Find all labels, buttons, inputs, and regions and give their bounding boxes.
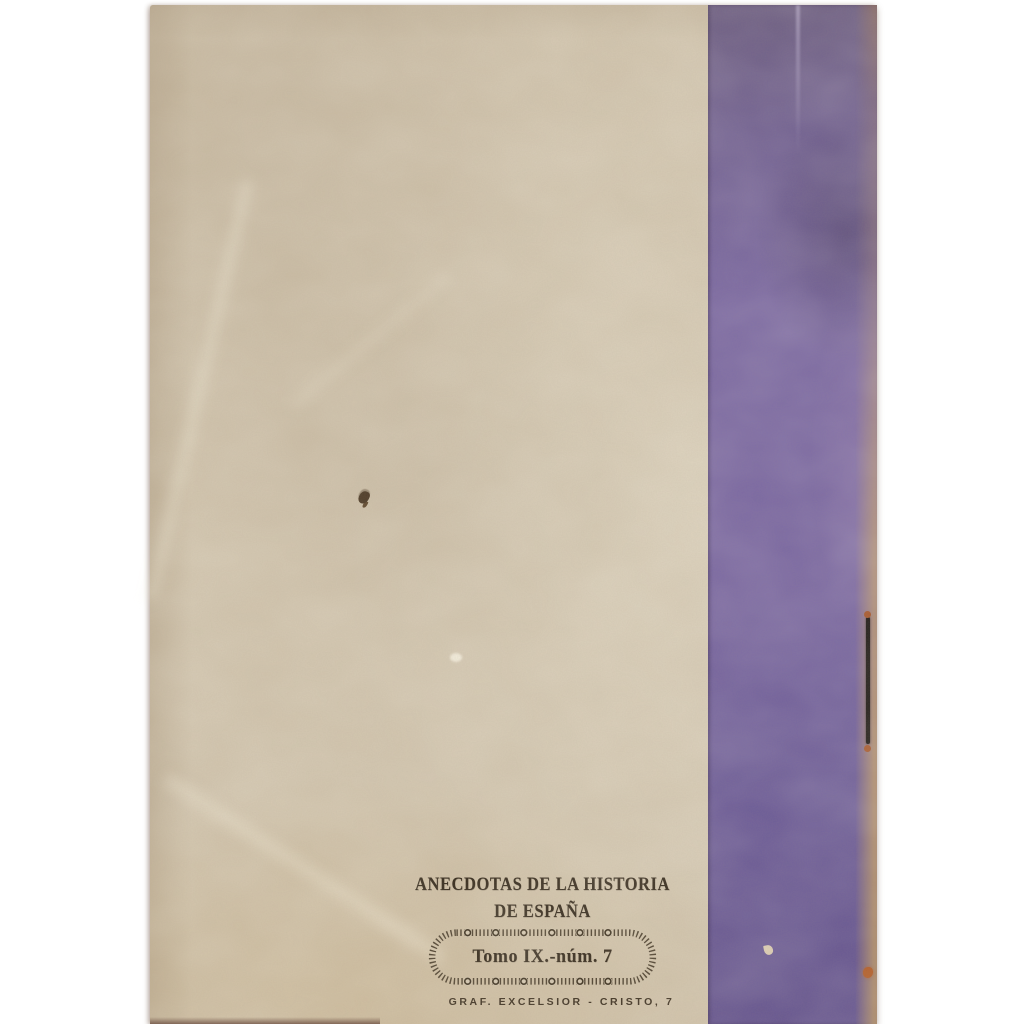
staple-rust-dot: [864, 745, 871, 752]
series-title: ANECDOTAS DE LA HISTORIA DE ESPAÑA: [401, 871, 684, 925]
series-title-line1: ANECDOTAS DE LA HISTORIA: [401, 871, 684, 898]
binding-staple: [866, 617, 870, 744]
volume-number-label: Tomo IX.-núm. 7: [431, 928, 654, 986]
bottom-edge-shadow: [150, 1017, 380, 1024]
staple-rust-dot: [864, 611, 871, 618]
worn-right-edge: [855, 5, 877, 1024]
paint-chip-speck: [763, 944, 774, 956]
printed-text-block: ANECDOTAS DE LA HISTORIA DE ESPAÑA: [380, 871, 705, 925]
paper-crease: [290, 272, 451, 410]
light-paper-spot: [450, 653, 462, 662]
photo-of-booklet-back-cover: ANECDOTAS DE LA HISTORIA DE ESPAÑA: [0, 0, 1024, 1024]
paper-cover: ANECDOTAS DE LA HISTORIA DE ESPAÑA: [150, 5, 877, 1024]
series-title-line2: DE ESPAÑA: [401, 898, 684, 925]
printer-imprint: GRAF. EXCELSIOR - CRISTO, 7: [399, 996, 724, 1008]
paper-crease: [144, 179, 255, 601]
purple-spine-stripe: [708, 5, 877, 1024]
ink-stain-speck: [357, 490, 371, 506]
paper-crease: [162, 772, 449, 967]
stripe-fold-crease: [796, 5, 800, 155]
